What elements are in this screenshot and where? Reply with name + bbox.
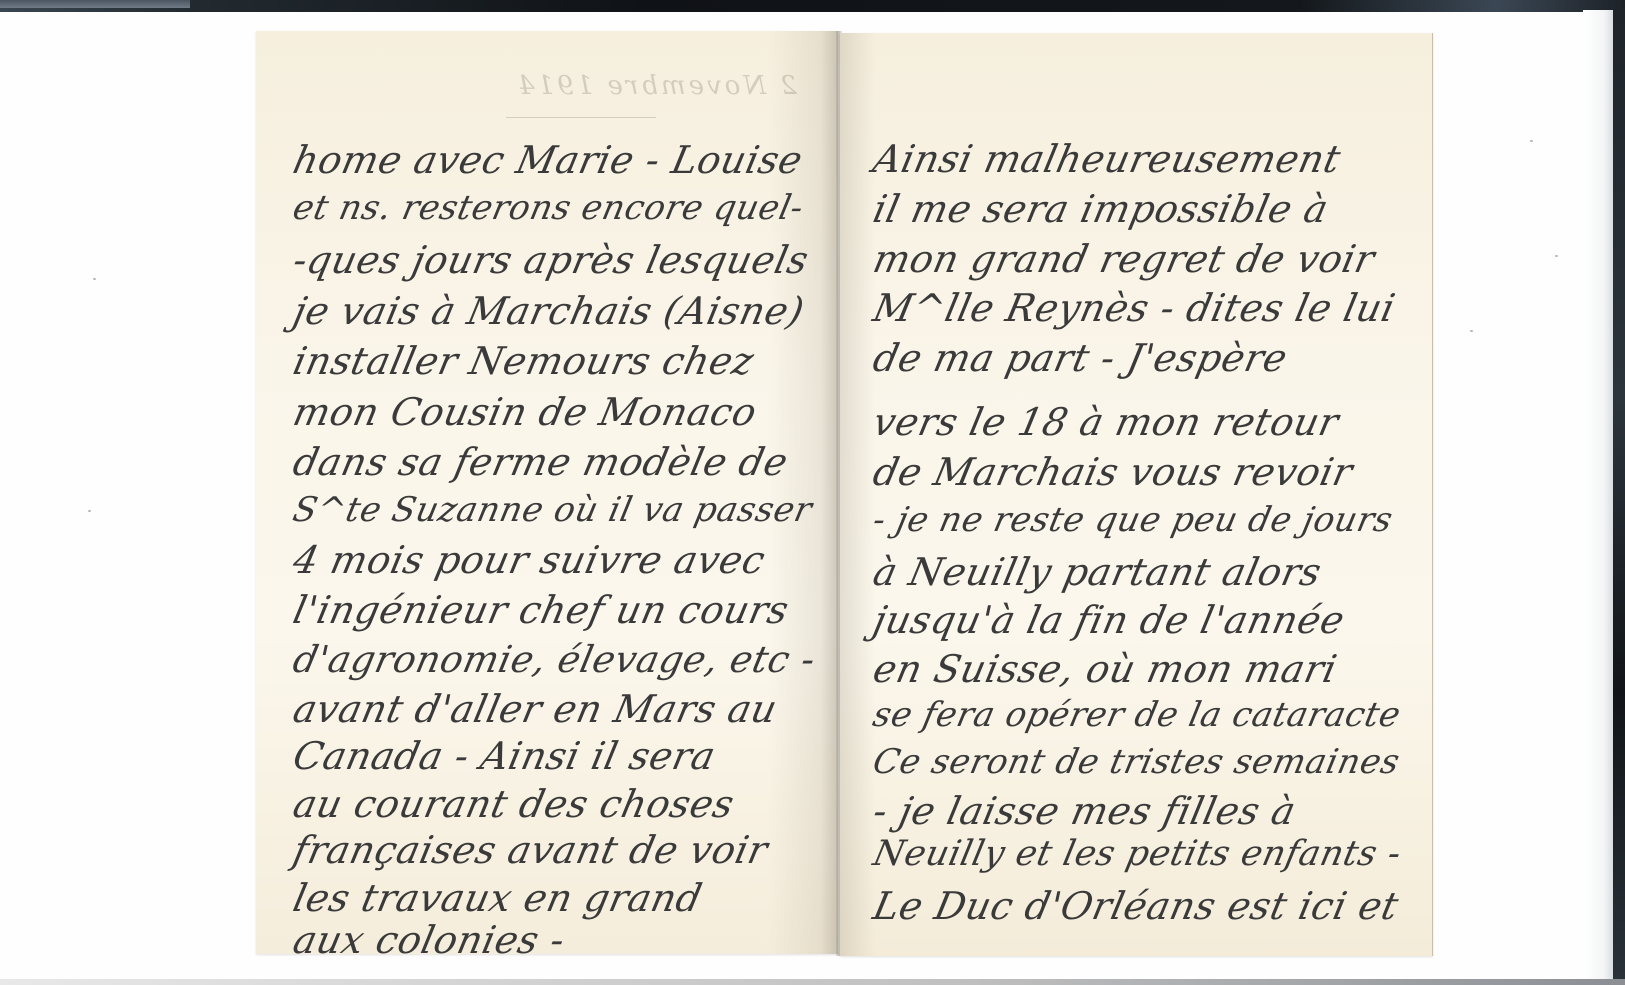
handwritten-line: home avec Marie - Louise [290,141,806,179]
handwritten-line: 4 mois pour suivre avec [290,541,769,579]
handwritten-line: - je ne reste que peu de jours [870,503,1396,537]
handwritten-line: françaises avant de voir [290,831,771,869]
handwritten-line: - je laisse mes filles à [870,792,1299,830]
handwritten-line: vers le 18 à mon retour [870,403,1342,441]
handwritten-line: d'agronomie, élevage, etc - [290,641,819,678]
dust-speck [88,510,91,512]
handwritten-line: de Marchais vous revoir [870,453,1356,491]
letter-page-left: 2 Novembre 1914 home avec Marie - Louise… [256,31,838,954]
handwritten-line: Canada - Ainsi il sera [290,737,719,775]
scanner-bottom-edge [0,979,1625,985]
handwritten-line: se fera opérer de la cataracte [870,698,1404,732]
handwritten-line: de ma part - J'espère [870,339,1291,377]
handwritten-line: Ce seront de tristes semaines [870,745,1403,779]
dust-speck [93,278,96,280]
handwritten-line: Ainsi malheureusement [870,140,1344,178]
handwritten-line: dans sa ferme modèle de [290,443,791,481]
handwritten-line: mon Cousin de Monaco [290,393,760,431]
handwritten-line: en Suisse, où mon mari [870,650,1340,688]
dust-speck [1555,255,1558,257]
handwritten-line: au courant des choses [290,785,738,823]
handwritten-line: mon grand regret de voir [870,240,1378,278]
handwritten-line: à Neuilly partant alors [870,553,1325,591]
dust-speck [1470,330,1473,332]
handwritten-line: M^lle Reynès - dites le lui [870,289,1399,327]
handwritten-line: avant d'aller en Mars au [290,690,781,728]
handwritten-line: les travaux en grand [290,879,705,917]
handwritten-line: aux colonies - [290,921,568,959]
scanner-corner [0,0,190,8]
handwritten-line: Neuilly et les petits enfants - [870,837,1404,872]
handwritten-line: je vais à Marchais (Aisne) [290,292,808,330]
letter-page-right: Ainsi malheureusement il me sera impossi… [840,33,1433,956]
scanner-right-margin [1583,10,1613,980]
letterhead-bleedthrough: 2 Novembre 1914 [496,71,816,101]
scanned-letter: 2 Novembre 1914 home avec Marie - Louise… [0,0,1625,985]
handwritten-line: et ns. resterons encore quel- [290,191,807,225]
handwritten-line: l'ingénieur chef un cours [290,591,792,629]
handwritten-line: il me sera impossible à [870,190,1332,228]
handwritten-line: Le Duc d'Orléans est ici et [870,887,1402,925]
scanner-top-edge [0,0,1625,12]
scanner-right-edge [1613,8,1625,985]
handwritten-line: jusqu'à la fin de l'année [870,601,1348,639]
letterhead-rule [506,117,656,118]
handwritten-line: S^te Suzanne où il va passer [290,493,815,527]
handwritten-line: installer Nemours chez [290,342,757,380]
handwritten-line: -ques jours après lesquels [290,241,812,279]
dust-speck [1530,140,1533,142]
